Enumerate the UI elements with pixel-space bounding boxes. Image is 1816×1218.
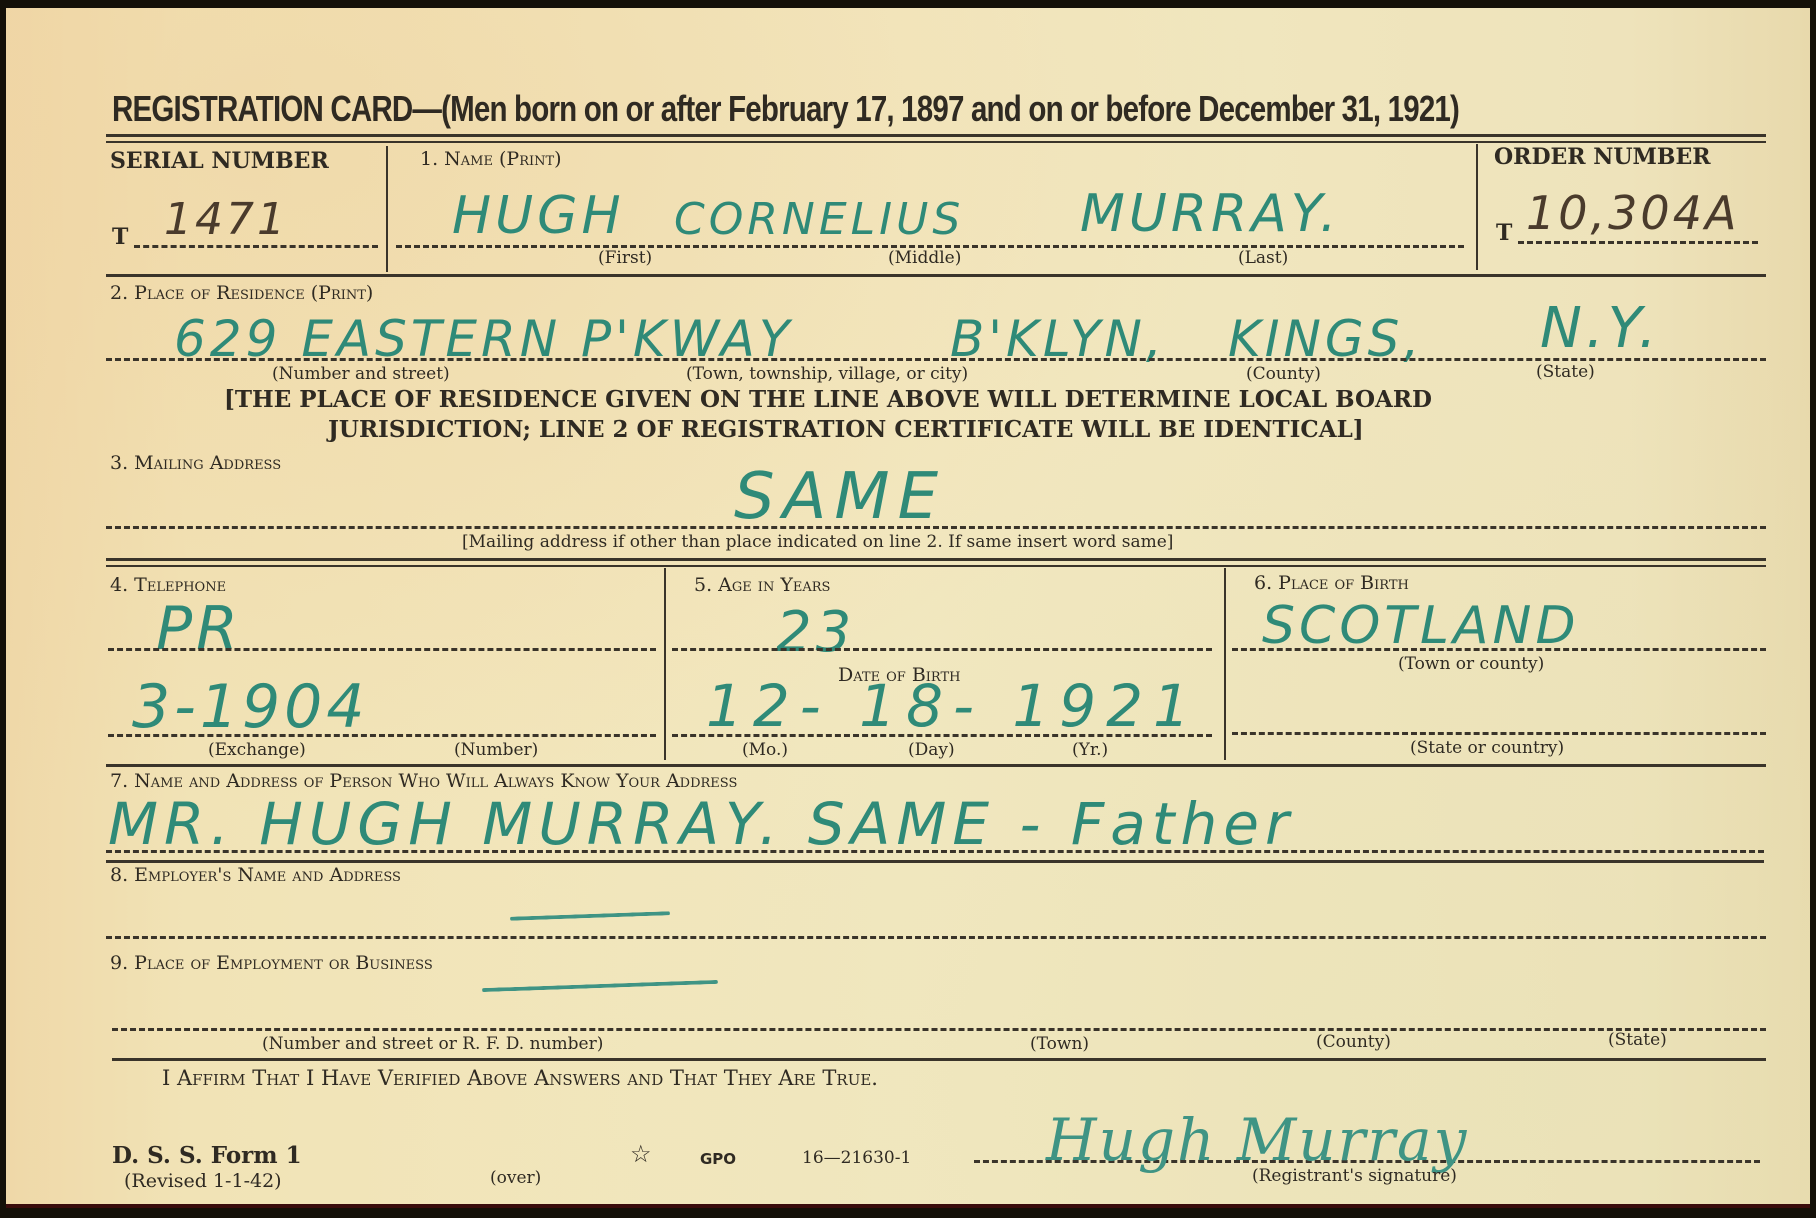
birthplace-state-underline	[1232, 732, 1766, 735]
residence-underline	[106, 358, 1766, 361]
exchange-caption: (Exchange)	[208, 740, 306, 760]
first-name-value[interactable]: HUGH	[452, 186, 625, 246]
last-name-value[interactable]: MURRAY.	[1080, 184, 1340, 244]
birthplace-town-value[interactable]: SCOTLAND	[1262, 596, 1580, 656]
middle-name-value[interactable]: CORNELIUS	[674, 194, 964, 245]
county-caption: (County)	[1246, 364, 1321, 384]
dob-underline	[672, 734, 1212, 737]
order-prefix: T	[1496, 220, 1512, 246]
telephone-number-value[interactable]: 3-1904	[132, 672, 369, 742]
order-number-label: ORDER NUMBER	[1494, 144, 1711, 170]
employer-label: 8. Employer's Name and Address	[110, 864, 401, 886]
serial-underline	[134, 245, 378, 248]
year-caption: (Yr.)	[1072, 740, 1108, 760]
employment-county-caption: (County)	[1316, 1032, 1391, 1052]
column-divider	[1224, 568, 1226, 760]
column-divider	[1476, 144, 1478, 270]
divider	[106, 134, 1766, 137]
contact-value[interactable]: MR. HUGH MURRAY. SAME - Father	[108, 790, 1295, 858]
over-label: (over)	[490, 1168, 541, 1188]
employment-street-caption: (Number and street or R. F. D. number)	[262, 1034, 603, 1054]
divider	[106, 558, 1766, 561]
form-revision: (Revised 1-1-42)	[124, 1170, 282, 1192]
contact-underline	[106, 850, 1764, 853]
mailing-caption: [Mailing address if other than place ind…	[462, 532, 1173, 552]
registrant-signature[interactable]: Hugh Murray	[1046, 1106, 1468, 1174]
dob-value[interactable]: 12- 18- 1921	[706, 672, 1200, 740]
birthplace-label: 6. Place of Birth	[1254, 572, 1409, 594]
residence-state-value[interactable]: N.Y.	[1540, 296, 1660, 361]
residence-label: 2. Place of Residence (Print)	[110, 282, 373, 304]
divider	[106, 565, 1766, 567]
employment-label: 9. Place of Employment or Business	[110, 952, 433, 974]
signature-caption: (Registrant's signature)	[1252, 1166, 1457, 1186]
card-title: REGISTRATION CARD—(Men born on or after …	[112, 88, 1459, 130]
telephone-number-underline	[108, 734, 656, 737]
last-caption: (Last)	[1238, 248, 1288, 268]
town-or-county-caption: (Town or county)	[1398, 654, 1544, 674]
serial-prefix: T	[112, 224, 128, 250]
age-value[interactable]: 23	[776, 600, 855, 665]
telephone-exchange-underline	[108, 648, 656, 651]
number-caption: (Number)	[454, 740, 538, 760]
gpo-code: 16—21630-1	[802, 1148, 911, 1168]
affirmation-text: I Affirm That I Have Verified Above Answ…	[162, 1066, 878, 1090]
telephone-exchange-value[interactable]: PR	[156, 594, 242, 664]
order-number-value[interactable]: 10,304A	[1526, 186, 1739, 240]
employer-underline	[106, 936, 1766, 939]
employment-town-caption: (Town)	[1030, 1034, 1089, 1054]
gpo-label: GPO	[700, 1150, 736, 1168]
contact-label: 7. Name and Address of Person Who Will A…	[110, 770, 737, 792]
street-caption: (Number and street)	[272, 364, 450, 384]
registration-card: REGISTRATION CARD—(Men born on or after …	[6, 8, 1810, 1208]
age-underline	[672, 648, 1212, 651]
column-divider	[386, 146, 388, 272]
employment-dash-mark	[482, 980, 718, 992]
star-icon: ☆	[630, 1140, 652, 1168]
order-underline	[1518, 241, 1758, 244]
divider	[106, 764, 1766, 767]
name-label: 1. Name (Print)	[420, 148, 562, 170]
middle-caption: (Middle)	[888, 248, 961, 268]
month-caption: (Mo.)	[742, 740, 788, 760]
town-caption: (Town, township, village, or city)	[686, 364, 968, 384]
mailing-label: 3. Mailing Address	[110, 452, 281, 474]
serial-number-value[interactable]: 1471	[164, 194, 288, 245]
first-caption: (First)	[598, 248, 652, 268]
age-label: 5. Age in Years	[694, 574, 830, 596]
divider	[106, 141, 1766, 143]
divider	[106, 860, 1764, 863]
telephone-label: 4. Telephone	[110, 574, 226, 596]
mailing-address-value[interactable]: SAME	[734, 460, 946, 534]
residence-notice-line1: [THE PLACE OF RESIDENCE GIVEN ON THE LIN…	[224, 386, 1432, 413]
column-divider	[664, 568, 666, 760]
divider	[112, 1058, 1766, 1061]
divider	[106, 274, 1766, 277]
birthplace-town-underline	[1232, 648, 1766, 651]
mailing-underline	[106, 526, 1766, 529]
residence-notice-line2: JURISDICTION; LINE 2 OF REGISTRATION CER…	[328, 416, 1364, 443]
serial-number-label: SERIAL NUMBER	[110, 148, 329, 174]
employment-state-caption: (State)	[1608, 1030, 1667, 1050]
day-caption: (Day)	[908, 740, 955, 760]
state-caption: (State)	[1536, 362, 1595, 382]
state-or-country-caption: (State or country)	[1410, 738, 1564, 758]
employer-dash-mark	[510, 911, 670, 921]
form-number: D. S. S. Form 1	[112, 1142, 302, 1169]
employment-underline	[112, 1028, 1766, 1031]
